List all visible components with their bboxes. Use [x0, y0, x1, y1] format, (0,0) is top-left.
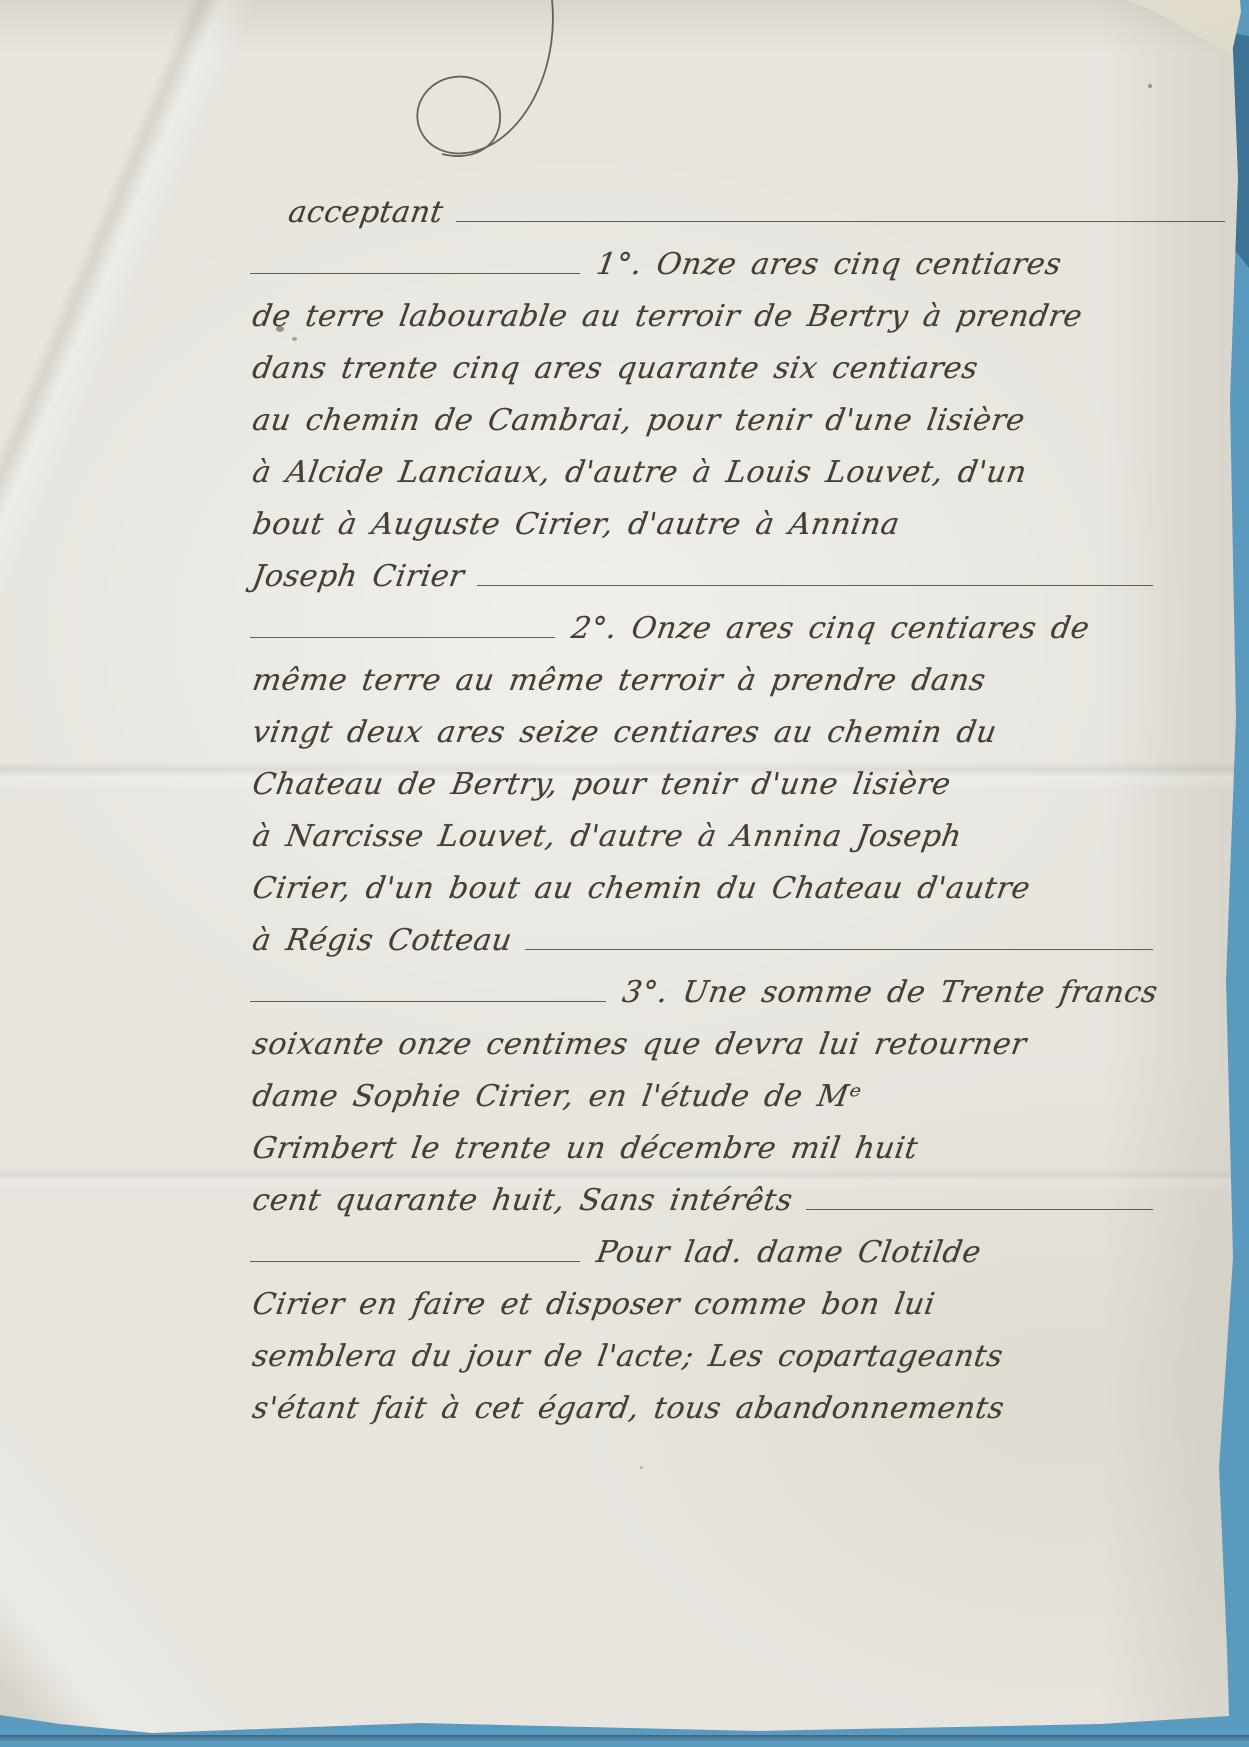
manuscript-line: bout à Auguste Cirier, d'autre à Annina	[250, 498, 1225, 550]
manuscript-text: au chemin de Cambrai, pour tenir d'une l…	[250, 403, 1027, 438]
manuscript-line: s'étant fait à cet égard, tous abandonne…	[250, 1382, 1225, 1434]
manuscript-text: Cirier, d'un bout au chemin du Chateau d…	[250, 871, 1033, 906]
backing-sheet-shadow	[0, 1735, 1249, 1747]
manuscript-text: acceptant	[286, 195, 446, 230]
manuscript-line: Pour lad. dame Clotilde	[250, 1226, 1225, 1278]
manuscript-text: 3°. Une somme de Trente francs	[620, 975, 1160, 1010]
manuscript-line: même terre au même terroir à prendre dan…	[250, 654, 1225, 706]
foxing-stain	[640, 1466, 643, 1469]
manuscript-line: acceptant	[250, 186, 1225, 238]
manuscript-text: même terre au même terroir à prendre dan…	[250, 663, 988, 698]
manuscript-line: dame Sophie Cirier, en l'étude de Mᵉ	[250, 1070, 1225, 1122]
foxing-stain	[1148, 84, 1152, 88]
manuscript-line: 3°. Une somme de Trente francs	[250, 966, 1225, 1018]
manuscript-text: soixante onze centimes que devra lui ret…	[250, 1027, 1029, 1062]
manuscript-line: 1°. Onze ares cinq centiares	[250, 238, 1225, 290]
manuscript-text: Cirier en faire et disposer comme bon lu…	[250, 1287, 938, 1322]
scanned-document-scene: acceptant1°. Onze ares cinq centiaresde …	[0, 0, 1249, 1747]
ruled-fill-line	[456, 221, 1225, 222]
manuscript-text: 1°. Onze ares cinq centiares	[594, 247, 1064, 282]
ruled-fill-line	[250, 637, 555, 638]
manuscript-line: Grimbert le trente un décembre mil huit	[250, 1122, 1225, 1174]
manuscript-text: 2°. Onze ares cinq centiares de	[569, 611, 1092, 646]
manuscript-text: dans trente cinq ares quarante six centi…	[250, 351, 981, 386]
manuscript-text: s'étant fait à cet égard, tous abandonne…	[250, 1391, 1007, 1426]
manuscript-line: à Alcide Lanciaux, d'autre à Louis Louve…	[250, 446, 1225, 498]
manuscript-text: à Alcide Lanciaux, d'autre à Louis Louve…	[250, 455, 1029, 490]
manuscript-text: dame Sophie Cirier, en l'étude de Mᵉ	[250, 1079, 864, 1114]
manuscript-text: vingt deux ares seize centiares au chemi…	[250, 715, 999, 750]
manuscript-line: à Régis Cotteau	[250, 914, 1225, 966]
ruled-fill-line	[477, 585, 1153, 586]
manuscript-line: à Narcisse Louvet, d'autre à Annina Jose…	[250, 810, 1225, 862]
manuscript-line: Cirier en faire et disposer comme bon lu…	[250, 1278, 1225, 1330]
manuscript-line: Cirier, d'un bout au chemin du Chateau d…	[250, 862, 1225, 914]
ruled-fill-line	[250, 1001, 606, 1002]
manuscript-text: semblera du jour de l'acte; Les copartag…	[250, 1339, 1006, 1374]
manuscript-text: Joseph Cirier	[250, 559, 467, 594]
manuscript-line: semblera du jour de l'acte; Les copartag…	[250, 1330, 1225, 1382]
manuscript-text: à Régis Cotteau	[250, 923, 515, 958]
manuscript-line: cent quarante huit, Sans intérêts	[250, 1174, 1225, 1226]
paper-sheet: acceptant1°. Onze ares cinq centiaresde …	[0, 0, 1249, 1747]
manuscript-line: vingt deux ares seize centiares au chemi…	[250, 706, 1225, 758]
ruled-fill-line	[250, 273, 580, 274]
manuscript-text: Grimbert le trente un décembre mil huit	[250, 1131, 920, 1166]
manuscript-line: dans trente cinq ares quarante six centi…	[250, 342, 1225, 394]
manuscript-line: de terre labourable au terroir de Bertry…	[250, 290, 1225, 342]
manuscript-text-block: acceptant1°. Onze ares cinq centiaresde …	[250, 186, 1225, 1434]
ruled-fill-line	[250, 1261, 580, 1262]
manuscript-line: Joseph Cirier	[250, 550, 1225, 602]
manuscript-line: 2°. Onze ares cinq centiares de	[250, 602, 1225, 654]
manuscript-text: de terre labourable au terroir de Bertry…	[250, 299, 1085, 334]
manuscript-text: cent quarante huit, Sans intérêts	[250, 1183, 795, 1218]
manuscript-text: bout à Auguste Cirier, d'autre à Annina	[250, 507, 902, 542]
manuscript-line: au chemin de Cambrai, pour tenir d'une l…	[250, 394, 1225, 446]
manuscript-line: Chateau de Bertry, pour tenir d'une lisi…	[250, 758, 1225, 810]
ruled-fill-line	[806, 1209, 1153, 1210]
manuscript-text: Chateau de Bertry, pour tenir d'une lisi…	[250, 767, 953, 802]
ink-flourish-stroke	[398, 0, 588, 197]
manuscript-text: Pour lad. dame Clotilde	[594, 1235, 984, 1270]
manuscript-text: à Narcisse Louvet, d'autre à Annina Jose…	[250, 819, 964, 854]
ruled-fill-line	[525, 949, 1153, 950]
manuscript-line: soixante onze centimes que devra lui ret…	[250, 1018, 1225, 1070]
